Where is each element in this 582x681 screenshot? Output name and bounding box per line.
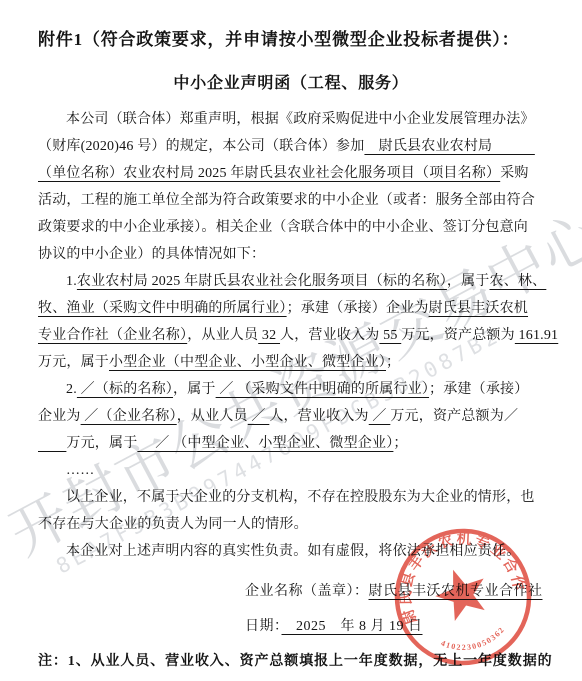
text-line: 不存在与大企业的负责人为同一人的情形。 bbox=[38, 511, 546, 538]
text-segment: 企业为 bbox=[38, 409, 81, 424]
text-line: 活动，工程的施工单位全部为符合政策要求的中小企业（或者：服务全部由符合 bbox=[38, 187, 546, 214]
text-line: 协议的中小企业）的具体情况如下： bbox=[38, 241, 546, 268]
text-segment: ，属于 bbox=[173, 382, 216, 397]
underlined-text: 牧、渔业（采购文件中明确的所属行业） bbox=[38, 301, 287, 316]
text-segment: 万元，资产总额为 bbox=[401, 328, 515, 343]
text-line: 1.农业农村局 2025 年尉氏县农业社会化服务项目（标的名称），属于农、林、 bbox=[38, 268, 546, 295]
text-segment: 万元，属于 bbox=[38, 355, 109, 370]
company-name-line: 企业名称（盖章）：尉氏县丰沃农机专业合作社 bbox=[245, 580, 543, 600]
underlined-text: ／ bbox=[369, 409, 391, 424]
underlined-text: 尉氏县丰沃农机 bbox=[429, 301, 528, 316]
underlined-text: 农业农村局 2025 年尉氏县农业社会化服务项目（标的名称） bbox=[77, 274, 447, 289]
text-line: （单位名称）农业农村局 2025 年尉氏县农业社会化服务项目（项目名称）采购 bbox=[38, 160, 546, 187]
text-segment: 1. bbox=[66, 274, 77, 289]
text-line: 本企业对上述声明内容的真实性负责。如有虚假，将依法承担相应责任。 bbox=[38, 538, 546, 565]
text-segment: 活动，工程的施工单位全部为符合政策要求的中小企业（或者：服务全部由符合 bbox=[38, 193, 535, 208]
text-segment: 本公司（联合体）郑重声明，根据《政府采购促进中小企业发展管理办法》 bbox=[66, 112, 535, 127]
underlined-text: ／（标的名称） bbox=[77, 382, 173, 397]
underlined-text: ／（企业名称） bbox=[81, 409, 177, 424]
text-line: 以上企业，不属于大企业的分支机构，不存在控股股东为大企业的情形，也 bbox=[38, 484, 546, 511]
declaration-document: 开封市公共资源交易中心 8EA7F5B3B997447609FDCB3B2087… bbox=[0, 0, 582, 681]
text-segment: 协议的中小企业）的具体情况如下： bbox=[38, 247, 265, 262]
underlined-text: （单位名称）农业农村局 2025 年尉氏县农业社会化服务项目（项目名称） bbox=[38, 166, 500, 181]
underlined-text bbox=[38, 436, 66, 451]
text-segment: 万元，属于 bbox=[66, 436, 137, 451]
document-body: 本公司（联合体）郑重声明，根据《政府采购促进中小企业发展管理办法》（财库(202… bbox=[38, 106, 546, 565]
text-line: 万元，属于小型企业（中型企业、小型企业、微型企业）； bbox=[38, 349, 546, 376]
text-line: 牧、渔业（采购文件中明确的所属行业）；承建（承接）企业为尉氏县丰沃农机 bbox=[38, 295, 546, 322]
text-segment: ；承建（承接）企业为 bbox=[287, 301, 429, 316]
date-line: 日期： 2025 年 8 月 19 日 bbox=[245, 615, 423, 635]
underlined-text: 农、林、 bbox=[490, 274, 547, 289]
text-segment: 不存在与大企业的负责人为同一人的情形。 bbox=[38, 517, 308, 532]
text-segment: ，从业人员 bbox=[187, 328, 258, 343]
text-segment: ，从业人员 bbox=[177, 409, 248, 424]
text-segment: 人，营业收入为 bbox=[280, 328, 379, 343]
underlined-text: 2025 年 8 月 19 日 bbox=[282, 619, 423, 634]
text-segment: 日期： bbox=[245, 619, 282, 634]
text-segment: ； bbox=[393, 436, 407, 451]
text-segment: 采购 bbox=[500, 166, 528, 181]
document-title: 中小企业声明函（工程、服务） bbox=[0, 70, 582, 93]
underlined-text: 32 bbox=[258, 328, 280, 343]
text-line: …… bbox=[38, 457, 546, 484]
underlined-text: 尉氏县农业农村局 bbox=[364, 139, 534, 154]
text-segment: 本企业对上述声明内容的真实性负责。如有虚假，将依法承担相应责任。 bbox=[66, 544, 520, 559]
text-segment: ，属于 bbox=[447, 274, 490, 289]
text-line: 专业合作社（企业名称），从业人员 32 人，营业收入为 55 万元，资产总额为 … bbox=[38, 322, 546, 349]
text-segment: 2. bbox=[66, 382, 77, 397]
underlined-text: ／ （中型企业、小型企业、微型企业） bbox=[137, 436, 393, 451]
text-segment: 人，营业收入为 bbox=[269, 409, 368, 424]
text-line: 2. ／（标的名称），属于 ／ （采购文件中明确的所属行业）；承建（承接） bbox=[38, 376, 546, 403]
text-segment: 以上企业，不属于大企业的分支机构，不存在控股股东为大企业的情形，也 bbox=[66, 490, 535, 505]
text-line: 政策要求的中小企业承接）。相关企业（含联合体中的中小企业、签订分包意向 bbox=[38, 214, 546, 241]
text-segment: （财库(2020)46 号）的规定，本公司（联合体）参加 bbox=[38, 139, 364, 154]
underlined-text: ／ （采购文件中明确的所属行业） bbox=[216, 382, 429, 397]
text-segment: …… bbox=[66, 463, 94, 478]
underlined-text: 小型企业（中型企业、小型企业、微型企业） bbox=[109, 355, 386, 370]
text-segment: 万元，资产总额为／ bbox=[390, 409, 518, 424]
text-segment: ；承建（承接） bbox=[429, 382, 528, 397]
text-segment: 企业名称（盖章）： bbox=[245, 584, 369, 599]
note-line: 注：1、从业人员、营业收入、资产总额填报上一年度数据，无上一年度数据的 bbox=[38, 651, 568, 672]
underlined-text: 161.91 bbox=[515, 328, 558, 343]
text-line: （财库(2020)46 号）的规定，本公司（联合体）参加 尉氏县农业农村局 bbox=[38, 133, 546, 160]
attachment-heading: 附件1（符合政策要求，并申请按小型微型企业投标者提供）： bbox=[38, 25, 552, 50]
text-line: 本公司（联合体）郑重声明，根据《政府采购促进中小企业发展管理办法》 bbox=[38, 106, 546, 133]
text-line: 企业为 ／（企业名称），从业人员 ／ 人，营业收入为 ／ 万元，资产总额为／ bbox=[38, 403, 546, 430]
underlined-text: 专业合作社（企业名称） bbox=[38, 328, 187, 343]
underlined-text: ／ bbox=[248, 409, 270, 424]
text-segment: ； bbox=[386, 355, 400, 370]
text-segment: 政策要求的中小企业承接）。相关企业（含联合体中的中小企业、签订分包意向 bbox=[38, 220, 528, 235]
text-line: 万元，属于 ／ （中型企业、小型企业、微型企业）； bbox=[38, 430, 546, 457]
document-content: 附件1（符合政策要求，并申请按小型微型企业投标者提供）： 中小企业声明函（工程、… bbox=[0, 0, 582, 681]
underlined-text: 55 bbox=[379, 328, 401, 343]
underlined-text: 尉氏县丰沃农机专业合作社 bbox=[369, 584, 543, 599]
